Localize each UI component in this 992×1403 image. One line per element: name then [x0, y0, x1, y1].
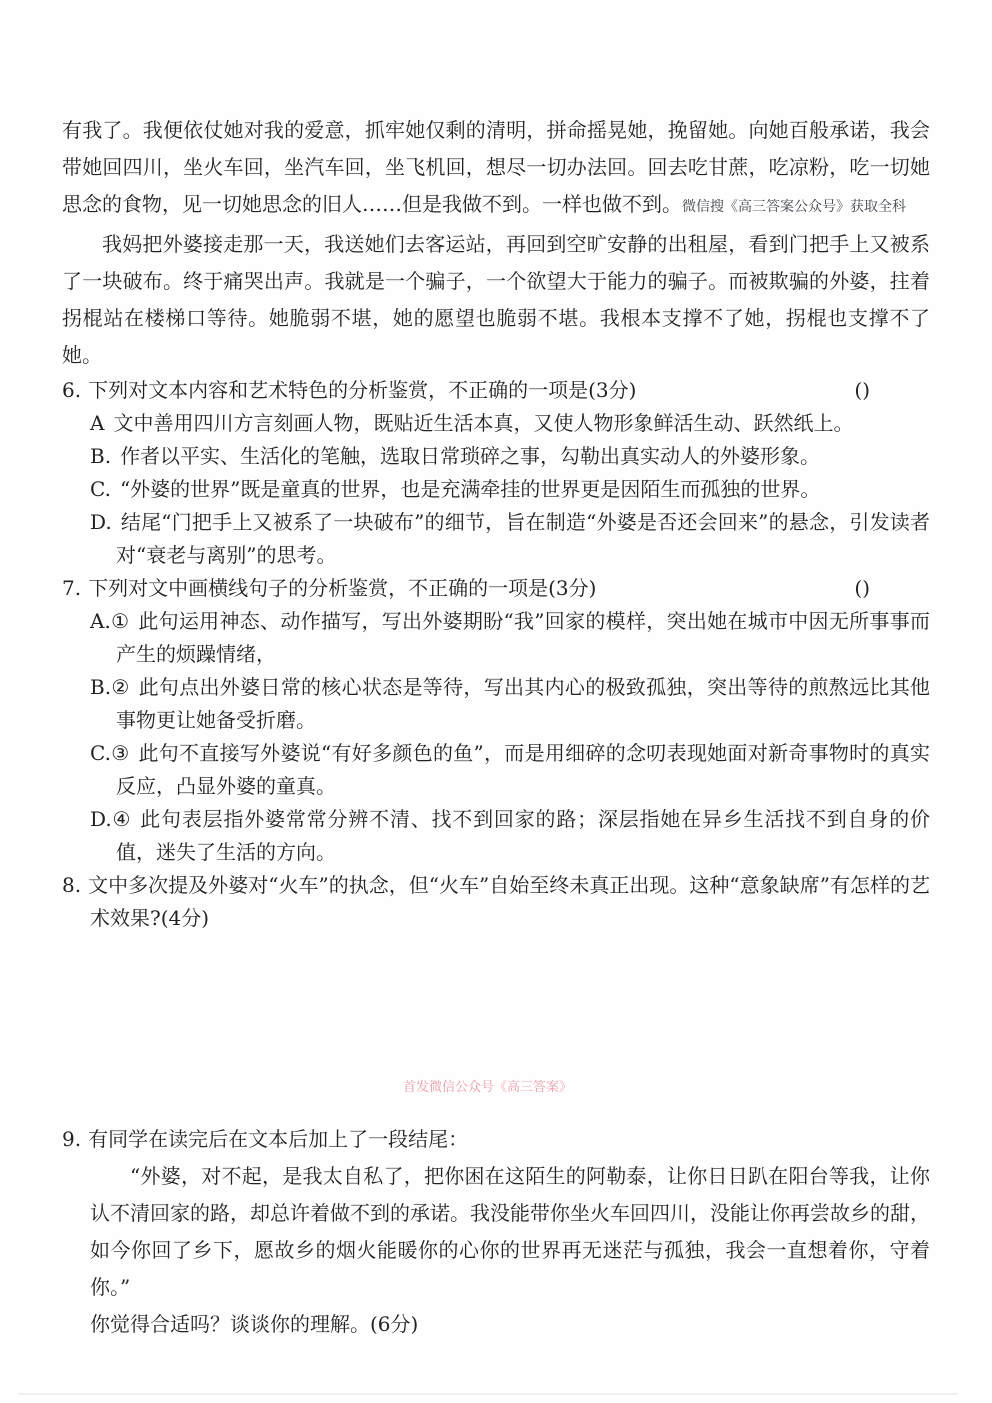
option-label: A.① [90, 609, 129, 633]
question-6: () 6.下列对文本内容和艺术特色的分析鉴赏，不正确的一项是(3分) A文中善用… [62, 374, 930, 572]
wechat-promo-note: 微信搜《高三答案公众号》获取全科 [682, 199, 906, 215]
question-6-number: 6. [62, 378, 81, 402]
option-text: 结尾“门把手上又被系了一块破布”的细节，旨在制造“外婆是否还会回来”的悬念，引发… [116, 510, 930, 567]
question-7-option-d: D.④此句表层指外婆常常分辨不清、找不到回家的路；深层指她在异乡生活找不到自身的… [62, 803, 930, 869]
question-8-stem-text: 文中多次提及外婆对“火车”的执念，但“火车”自始至终未真正出现。这种“意象缺席”… [88, 873, 930, 930]
option-label: D.④ [90, 807, 131, 831]
watermark-text: 首发微信公众号《高三答案》 [403, 1076, 572, 1095]
question-8-number: 8. [62, 873, 81, 897]
option-label: B.② [90, 675, 130, 699]
answer-bracket: () [854, 374, 870, 407]
scan-edge-line [18, 1393, 958, 1395]
question-6-option-a: A文中善用四川方言刻画人物，既贴近生活本真，又使人物形象鲜活生动、跃然纸上。 [62, 407, 930, 440]
option-label: D. [90, 510, 112, 534]
question-6-option-c: C.“外婆的世界”既是童真的世界，也是充满牵挂的世界更是因陌生而孤独的世界。 [62, 473, 930, 506]
passage-paragraph-2: 我妈把外婆接走那一天，我送她们去客运站，再回到空旷安静的出租屋，看到门把手上又被… [62, 226, 930, 374]
question-7-stem-text: 下列对文中画横线句子的分析鉴赏，不正确的一项是(3分) [88, 576, 596, 600]
exam-paper-page: 有我了。我便依仗她对我的爱意，抓牢她仅剩的清明，拼命摇晃她，挽留她。向她百般承诺… [0, 0, 992, 1403]
question-9: 9.有同学在读完后在文本后加上了一段结尾： “外婆，对不起，是我太自私了，把你困… [62, 1121, 930, 1343]
question-6-option-b: B.作者以平实、生活化的笔触，选取日常琐碎之事，勾勒出真实动人的外婆形象。 [62, 440, 930, 473]
option-label: B. [90, 444, 111, 468]
option-label: C. [90, 477, 111, 501]
option-text: 此句点出外婆日常的核心状态是等待，写出其内心的极致孤独，突出等待的煎熬远比其他事… [116, 675, 930, 732]
option-label: A [90, 411, 104, 435]
question-7-option-a: A.①此句运用神态、动作描写，写出外婆期盼“我”回家的模样，突出她在城市中因无所… [62, 605, 930, 671]
question-9-stem-text: 有同学在读完后在文本后加上了一段结尾： [88, 1127, 468, 1151]
question-6-stem: () 6.下列对文本内容和艺术特色的分析鉴赏，不正确的一项是(3分) [62, 374, 930, 407]
question-7-option-b: B.②此句点出外婆日常的核心状态是等待，写出其内心的极致孤独，突出等待的煎熬远比… [62, 671, 930, 737]
question-8-stem: 8.文中多次提及外婆对“火车”的执念，但“火车”自始至终未真正出现。这种“意象缺… [62, 869, 930, 935]
option-label: C.③ [90, 741, 129, 765]
question-6-stem-text: 下列对文本内容和艺术特色的分析鉴赏，不正确的一项是(3分) [88, 378, 636, 402]
option-text: 此句运用神态、动作描写，写出外婆期盼“我”回家的模样，突出她在城市中因无所事事而… [116, 609, 930, 666]
question-9-stem: 9.有同学在读完后在文本后加上了一段结尾： [62, 1121, 930, 1158]
passage-paragraph-1: 有我了。我便依仗她对我的爱意，抓牢她仅剩的清明，拼命摇晃她，挽留她。向她百般承诺… [62, 112, 930, 226]
option-text: 此句不直接写外婆说“有好多颜色的鱼”，而是用细碎的念叨表现她面对新奇事物时的真实… [116, 741, 930, 798]
answer-bracket: () [854, 572, 870, 605]
page-content: 有我了。我便依仗她对我的爱意，抓牢她仅剩的清明，拼命摇晃她，挽留她。向她百般承诺… [62, 112, 930, 1343]
option-text: “外婆的世界”既是童真的世界，也是充满牵挂的世界更是因陌生而孤独的世界。 [120, 477, 820, 501]
question-7-number: 7. [62, 576, 81, 600]
question-7-option-c: C.③此句不直接写外婆说“有好多颜色的鱼”，而是用细碎的念叨表现她面对新奇事物时… [62, 737, 930, 803]
question-6-option-d: D.结尾“门把手上又被系了一块破布”的细节，旨在制造“外婆是否还会回来”的悬念，… [62, 506, 930, 572]
question-9-quoted-ending: “外婆，对不起，是我太自私了，把你困在这陌生的阿勒泰，让你日日趴在阳台等我，让你… [62, 1158, 930, 1306]
option-text: 此句表层指外婆常常分辨不清、找不到回家的路；深层指她在异乡生活找不到自身的价值，… [116, 807, 930, 864]
question-7-stem: () 7.下列对文中画横线句子的分析鉴赏，不正确的一项是(3分) [62, 572, 930, 605]
option-text: 文中善用四川方言刻画人物，既贴近生活本真，又使人物形象鲜活生动、跃然纸上。 [113, 411, 853, 435]
question-9-number: 9. [62, 1127, 81, 1151]
option-text: 作者以平实、生活化的笔触，选取日常琐碎之事，勾勒出真实动人的外婆形象。 [120, 444, 820, 468]
question-9-followup: 你觉得合适吗？谈谈你的理解。(6分) [62, 1306, 930, 1343]
question-7: () 7.下列对文中画横线句子的分析鉴赏，不正确的一项是(3分) A.①此句运用… [62, 572, 930, 869]
